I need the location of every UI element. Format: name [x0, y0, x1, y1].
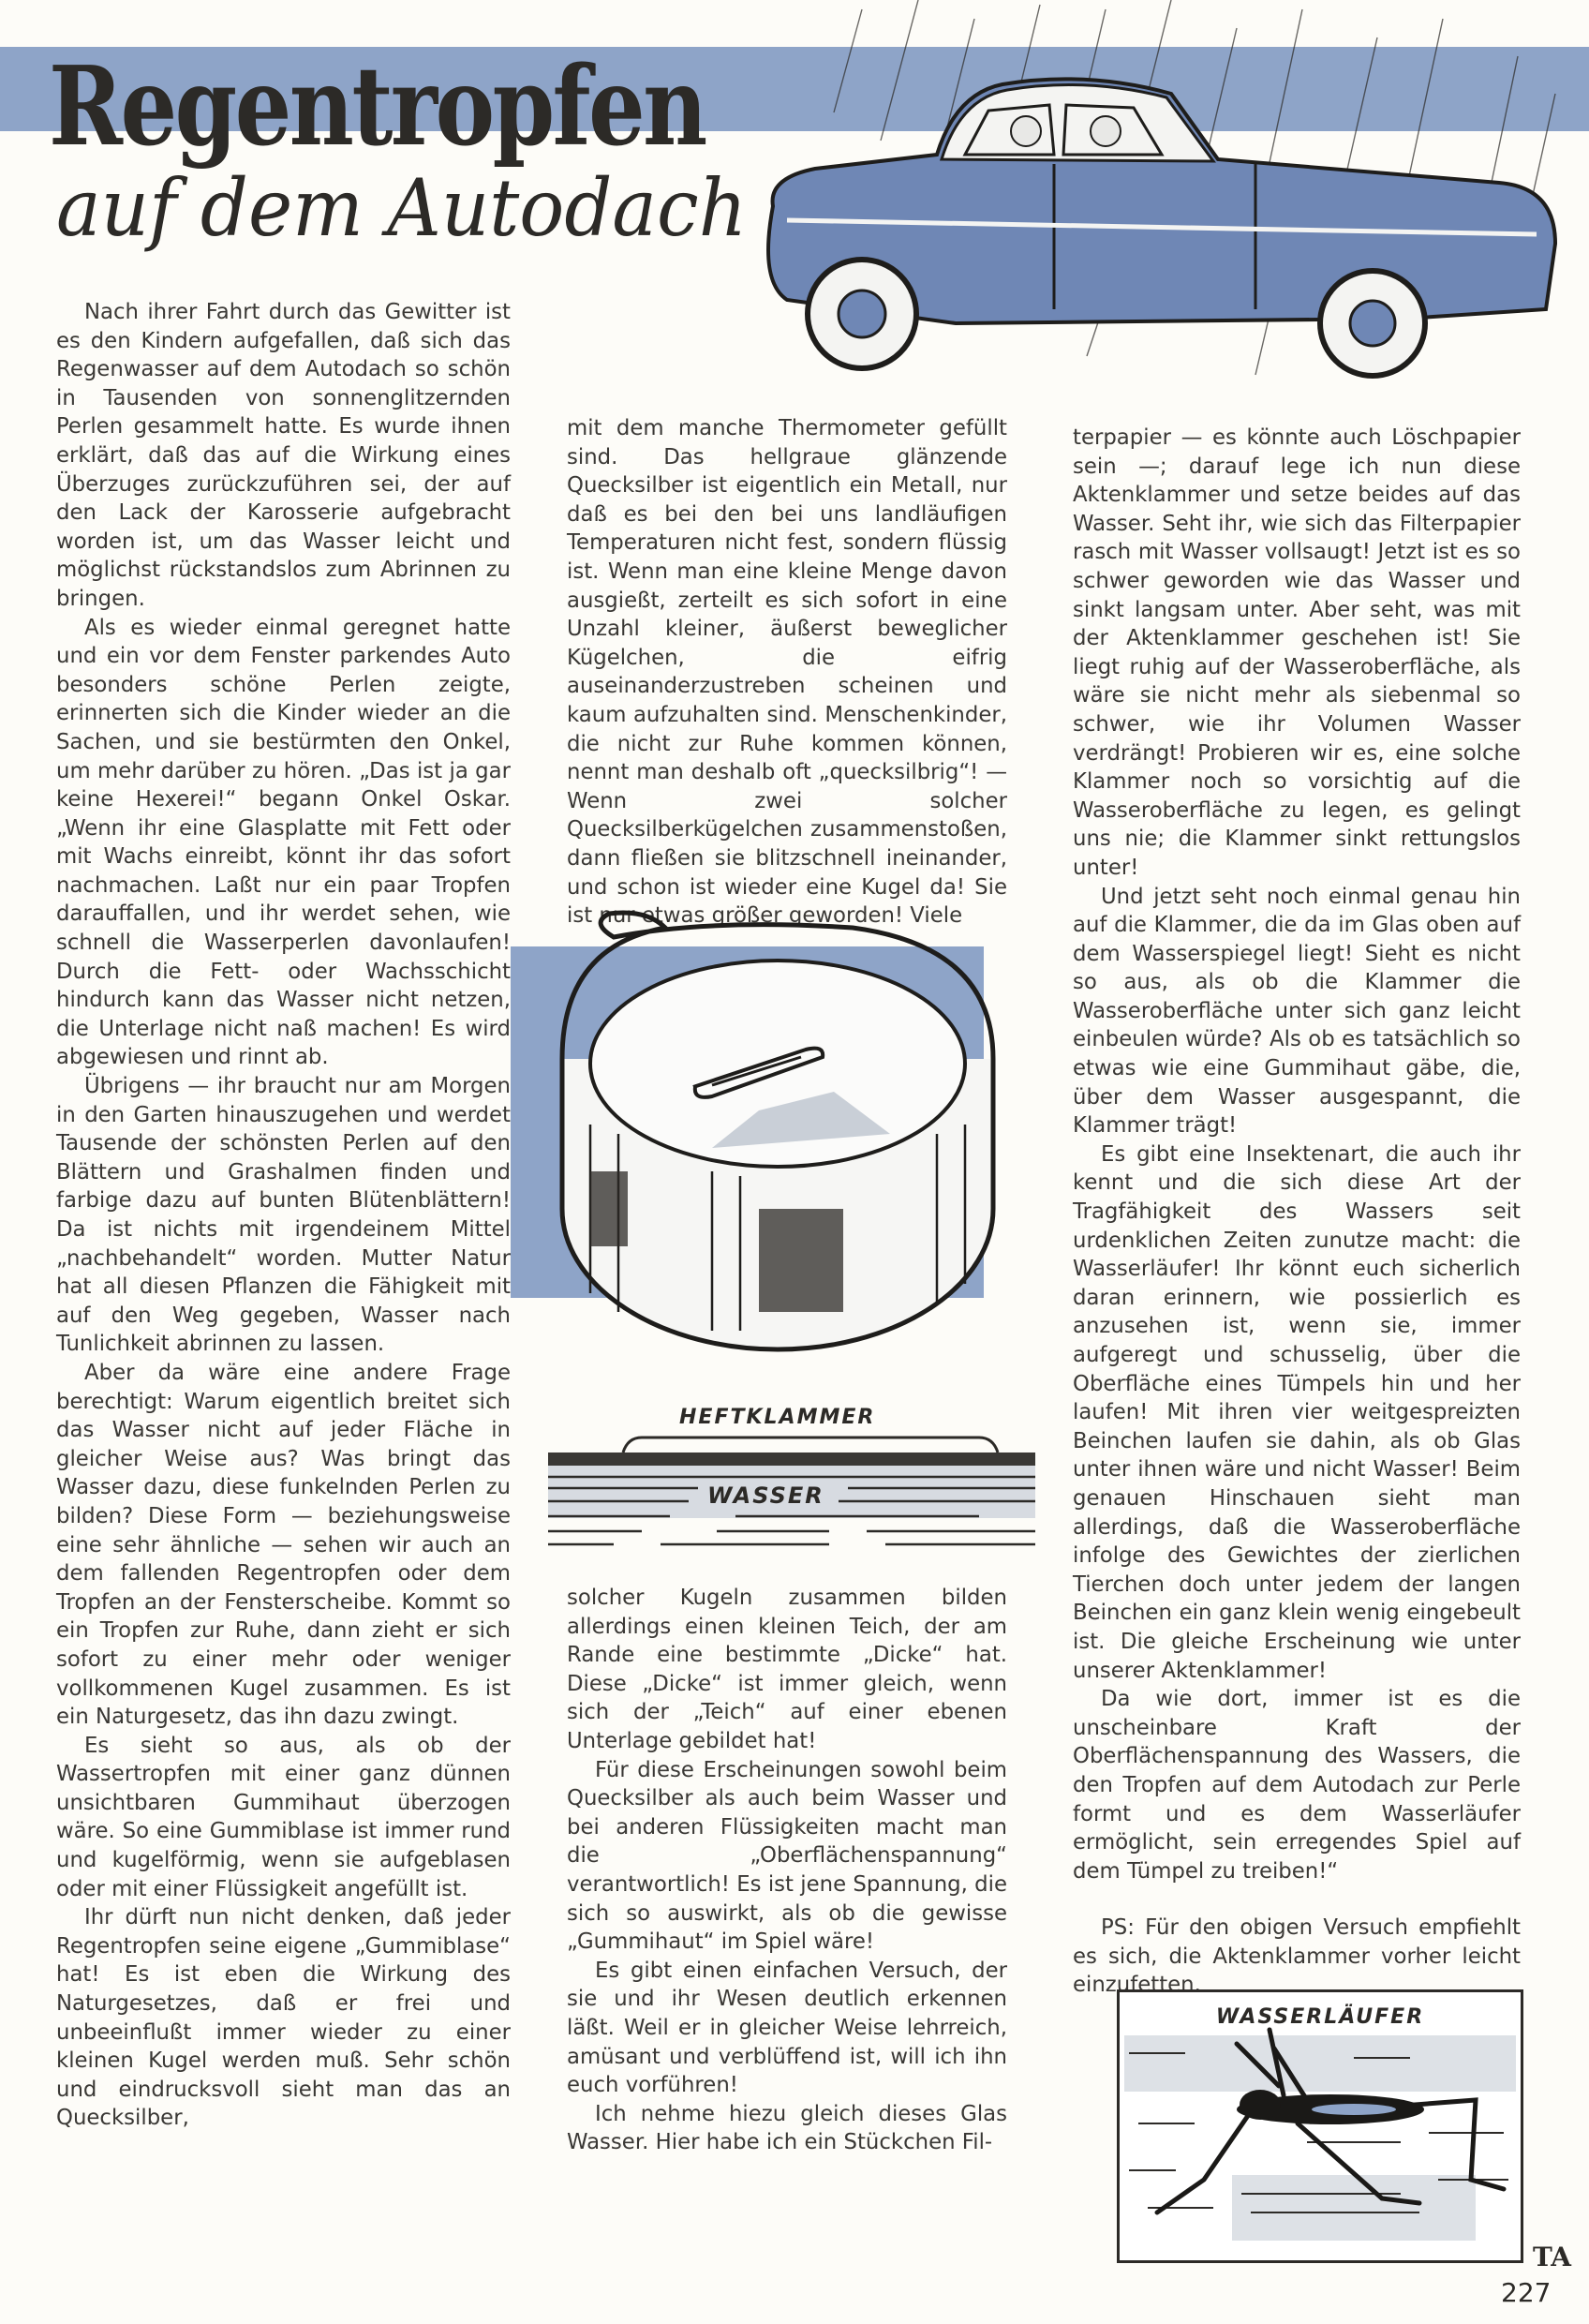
article-column-right: terpapier — es könnte auch Löschpapier s… — [1073, 424, 1521, 2000]
paragraph: terpapier — es könnte auch Löschpapier s… — [1073, 424, 1521, 883]
page-subtitle: auf dem Autodach — [56, 169, 747, 247]
paragraph: mit dem manche Thermometer gefüllt sind.… — [567, 414, 1007, 931]
paragraph: Nach ihrer Fahrt durch das Gewitter ist … — [56, 298, 511, 614]
paragraph: Übrigens — ihr braucht nur am Morgen in … — [56, 1072, 511, 1359]
water-strider-illustration: WASSERLÄUFER — [1117, 1989, 1523, 2263]
paragraph: Es sieht so aus, als ob der Wassertropfe… — [56, 1732, 511, 1904]
paragraph: Für diese Erscheinungen sowohl beim Quec… — [567, 1756, 1007, 1957]
diagram-label-paperclip: HEFTKLAMMER — [679, 1406, 875, 1429]
paragraph: Aber da wäre eine andere Frage berechtig… — [56, 1359, 511, 1732]
page-title: Regentropfen — [49, 52, 705, 161]
paragraph: Und jetzt seht noch einmal genau hin auf… — [1073, 883, 1521, 1140]
diagram-label-water: WASSER — [707, 1482, 824, 1509]
car-rain-illustration — [731, 0, 1589, 394]
paragraph: solcher Kugeln zusammen bilden allerding… — [567, 1584, 1007, 1756]
glass-paperclip-illustration — [525, 900, 1031, 1387]
article-column-left: Nach ihrer Fahrt durch das Gewitter ist … — [56, 298, 511, 2133]
page-number: 227 — [1501, 2277, 1551, 2308]
paragraph: Ich nehme hiezu gleich dieses Glas Wasse… — [567, 2100, 1007, 2157]
article-column-middle-top: mit dem manche Thermometer gefüllt sind.… — [567, 414, 1007, 931]
artist-signature: TA — [1533, 2242, 1571, 2272]
article-column-middle-bottom: solcher Kugeln zusammen bilden allerding… — [567, 1584, 1007, 2157]
paragraph: Ihr dürft nun nicht denken, daß jeder Re… — [56, 1903, 511, 2133]
postscript: PS: Für den obigen Versuch empfiehlt es … — [1073, 1914, 1521, 2000]
paragraph: Es gibt einen einfachen Versuch, der sie… — [567, 1957, 1007, 2100]
paragraph: Da wie dort, immer ist es die unscheinba… — [1073, 1685, 1521, 1885]
paragraph: Als es wieder einmal geregnet hatte und … — [56, 614, 511, 1073]
paragraph: Es gibt eine Insektenart, die auch ihr k… — [1073, 1140, 1521, 1685]
paperclip-water-diagram: HEFTKLAMMER WASSER — [548, 1406, 1035, 1565]
